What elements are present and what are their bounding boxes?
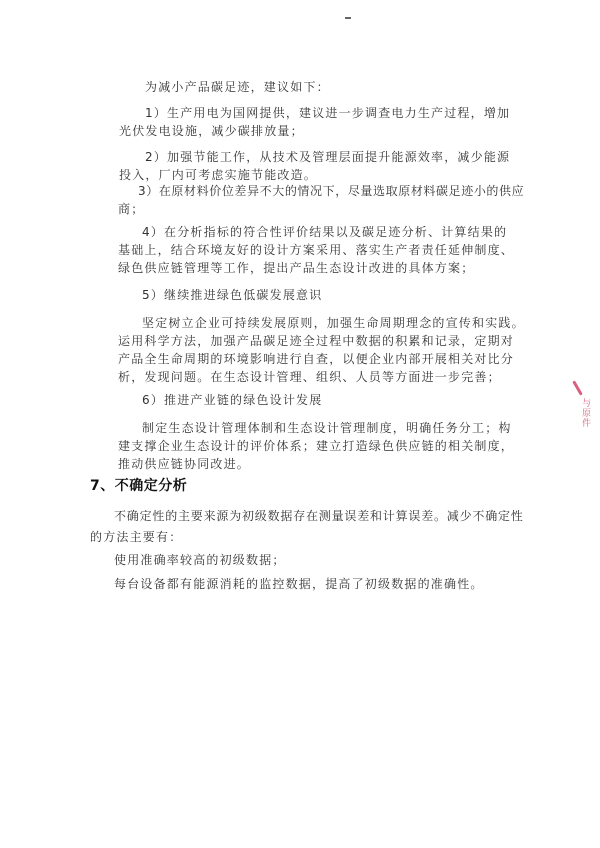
section-7-heading: 7、不确定分析: [90, 478, 187, 494]
item-1-line-2: 光伏发电设施，减少碳排放量；: [119, 124, 304, 138]
item-5-title: 5）继续推进绿色低碳发展意识: [142, 288, 322, 302]
seal-stamp: 与原件: [574, 380, 594, 450]
section-7-line-1: 不确定性的主要来源为初级数据存在测量误差和计算误差。减少不确定性: [114, 509, 524, 523]
intro-text: 为减小产品碳足迹，建议如下：: [145, 80, 330, 94]
stamp-mark-icon: [572, 380, 583, 395]
item-5-line-2: 运用科学方法，加强产品碳足迹全过程中数据的积累和记录，定期对: [118, 334, 514, 348]
item-5-line-4: 析，发现问题。在生态设计管理、组织、人员等方面进一步完善；: [118, 370, 501, 384]
item-6-line-3: 推动供应链协同改进。: [118, 457, 250, 471]
item-6-line-1: 制定生态设计管理体制和生态设计管理制度，明确任务分工；构: [142, 421, 512, 435]
section-7-line-3: 使用准确率较高的初级数据；: [114, 553, 286, 567]
item-4-line-3: 绿色供应链管理等工作，提出产品生态设计改进的具体方案；: [118, 261, 474, 275]
item-5-line-3: 产品全生命周期的环境影响进行自查，以便企业内部开展相关对比分: [118, 352, 514, 366]
item-6-title: 6）推进产业链的绿色设计发展: [142, 393, 322, 407]
item-6-line-2: 建支撑企业生态设计的评价体系；建立打造绿色供应链的相关制度，: [118, 439, 514, 453]
item-3-line-2: 商；: [118, 202, 144, 216]
item-2-line-2: 投入，厂内可考虑实施节能改造。: [119, 168, 317, 182]
item-3-line-1: 3）在原材料价位差异不大的情况下，尽量选取原材料碳足迹小的供应: [138, 184, 524, 198]
stamp-text: 与原件: [576, 398, 590, 428]
item-1-line-1: 1）生产用电为国网提供，建议进一步调查电力生产过程，增加: [145, 106, 510, 120]
section-7-line-4: 每台设备都有能源消耗的监控数据，提高了初级数据的准确性。: [114, 577, 484, 591]
item-4-line-1: 4）在分析指标的符合性评价结果以及碳足迹分析、计算结果的: [142, 225, 507, 239]
section-7-line-2: 的方法主要有：: [90, 530, 182, 544]
item-2-line-1: 2）加强节能工作，从技术及管理层面提升能源效率，减少能源: [145, 150, 510, 164]
scan-mark: [345, 17, 351, 19]
item-5-line-1: 坚定树立企业可持续发展原则，加强生命周期理念的宣传和实践。: [142, 316, 525, 330]
item-4-line-2: 基础上，结合环境友好的设计方案采用、落实生产者责任延伸制度、: [118, 243, 514, 257]
